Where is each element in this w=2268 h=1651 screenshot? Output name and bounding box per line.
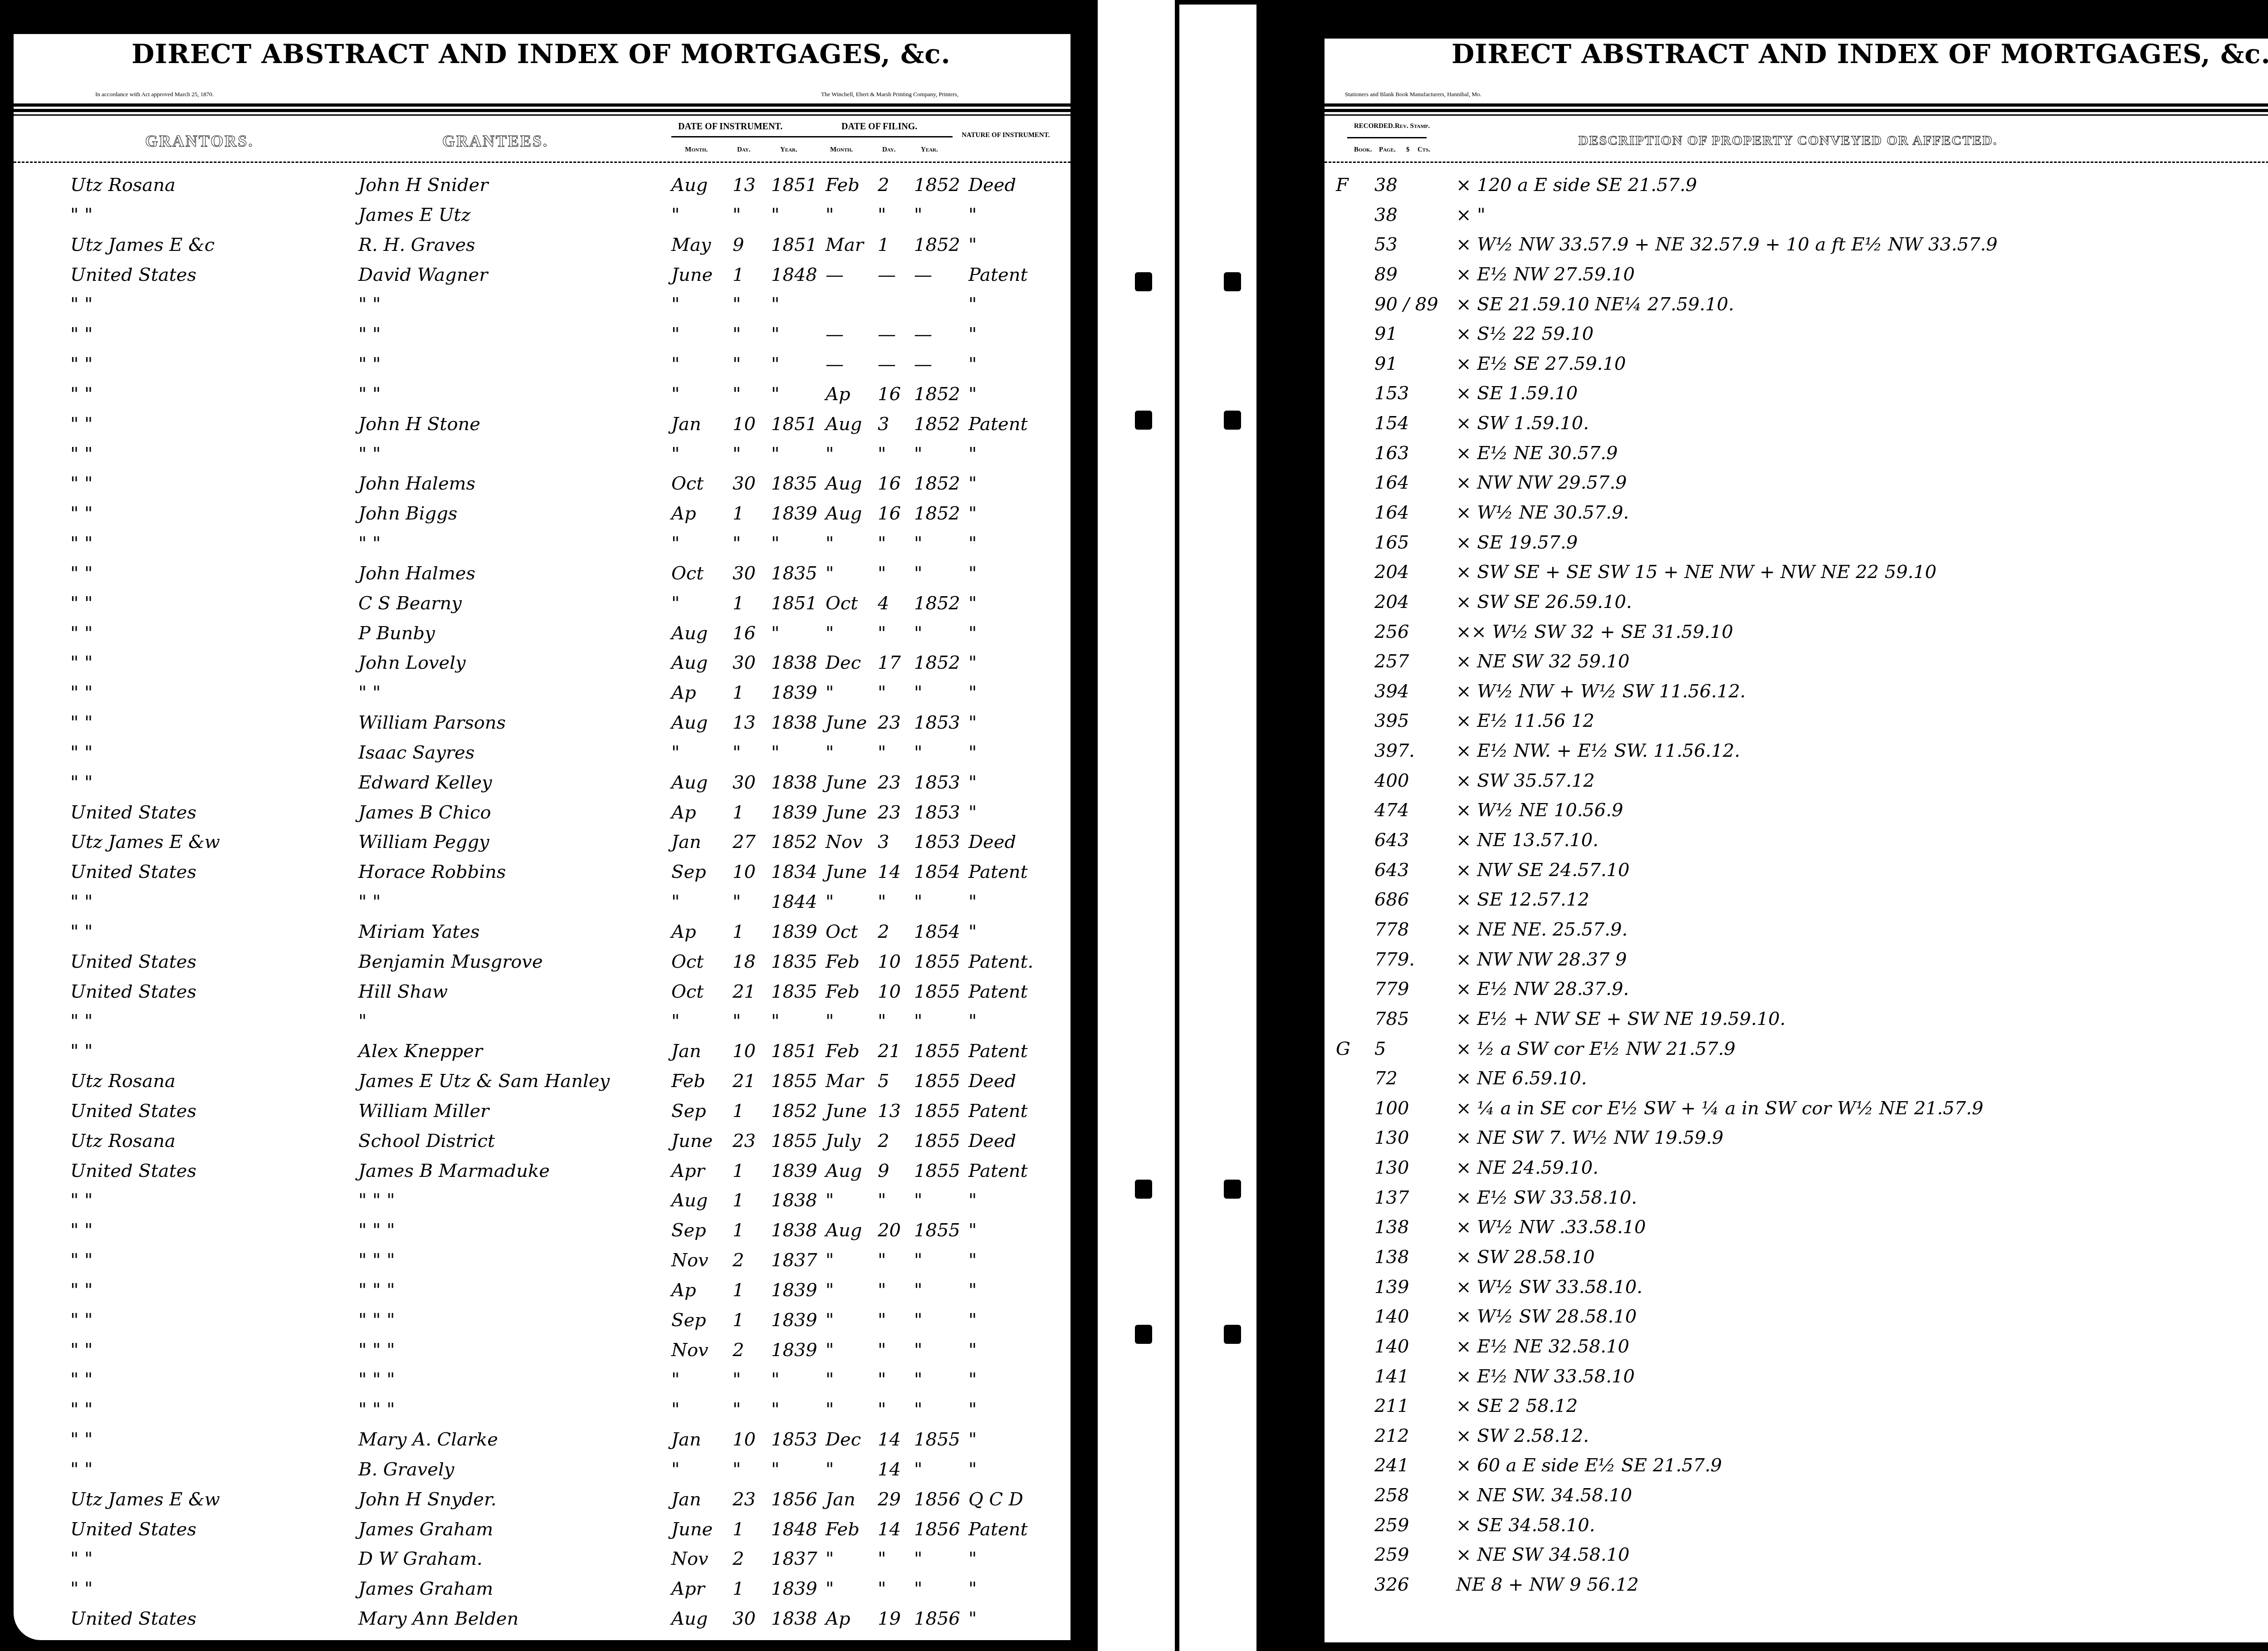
page-cell: 778: [1374, 919, 1409, 940]
description-cell: × E½ NW. + E½ SW. 11.56.12.: [1456, 740, 1740, 761]
page-cell: 89: [1374, 264, 1398, 285]
grantors-header: GRANTORS.: [145, 132, 254, 151]
page-cell: 686: [1374, 889, 1409, 910]
table-row: 474× W½ NE 10.56.9: [0, 800, 2268, 832]
description-cell: × ½ a SW cor E½ NW 21.57.9: [1456, 1039, 1735, 1059]
page-cell: 643: [1374, 860, 1409, 881]
table-row: 400× SW 35.57.12: [0, 770, 2268, 802]
description-cell: × SE 21.59.10 NE¼ 27.59.10.: [1456, 294, 1734, 315]
table-row: 138× W½ NW .33.58.10: [0, 1217, 2268, 1249]
table-row: 258× NE SW. 34.58.10: [0, 1485, 2268, 1517]
table-row: 153× SE 1.59.10: [0, 383, 2268, 415]
description-cell: × E½ SE 27.59.10: [1456, 353, 1626, 374]
table-row: 163× E½ NE 30.57.9: [0, 443, 2268, 475]
page-cell: 91: [1374, 323, 1398, 344]
table-row: 212× SW 2.58.12.: [0, 1426, 2268, 1457]
page-cell: 257: [1374, 651, 1409, 672]
page-cell: 779: [1374, 979, 1409, 999]
table-row: 241× 60 a E side E½ SE 21.57.9: [0, 1455, 2268, 1487]
page-cell: 154: [1374, 413, 1409, 434]
table-row: 779.× NW NW 28.37 9: [0, 949, 2268, 981]
page-cell: 38: [1374, 205, 1398, 225]
table-row: 204× SW SE 26.59.10.: [0, 592, 2268, 623]
page-header: Page.: [1379, 146, 1396, 154]
table-row: 778× NE NE. 25.57.9.: [0, 919, 2268, 951]
page-cell: 241: [1374, 1455, 1409, 1476]
table-row: 257× NE SW 32 59.10: [0, 651, 2268, 683]
header-rule: [1325, 103, 2268, 107]
date-of-instrument-header: DATE OF INSTRUMENT.: [678, 122, 782, 132]
table-row: 137× E½ SW 33.58.10.: [0, 1187, 2268, 1219]
description-cell: × NW NW 29.57.9: [1456, 472, 1627, 493]
description-cell: × W½ SW 28.58.10: [1456, 1306, 1637, 1327]
description-cell: × ¼ a in SE cor E½ SW + ¼ a in SW cor W½…: [1456, 1098, 1983, 1119]
table-row: 643× NW SE 24.57.10: [0, 860, 2268, 892]
table-row: 259× NE SW 34.58.10: [0, 1544, 2268, 1576]
table-row: 779× E½ NW 28.37.9.: [0, 979, 2268, 1010]
filing-day-header: Day.: [882, 146, 895, 154]
page-cell: 138: [1374, 1247, 1409, 1268]
page-cell: 400: [1374, 770, 1409, 791]
table-row: 72× NE 6.59.10.: [0, 1068, 2268, 1100]
page-cell: 394: [1374, 681, 1409, 702]
page-cell: 212: [1374, 1426, 1409, 1446]
table-row: 395× E½ 11.56 12: [0, 710, 2268, 742]
page-cell: 165: [1374, 532, 1409, 553]
page-cell: 256: [1374, 622, 1409, 642]
table-row: 139× W½ SW 33.58.10.: [0, 1277, 2268, 1308]
description-cell: × NW NW 28.37 9: [1456, 949, 1627, 970]
date-divider: [671, 136, 953, 137]
header-rule: [14, 114, 1070, 116]
page-cell: 164: [1374, 472, 1409, 493]
header-rule: [1325, 109, 2268, 112]
grantees-header: GRANTEES.: [442, 132, 548, 151]
description-cell: × W½ NE 10.56.9: [1456, 800, 1623, 821]
description-cell: × E½ 11.56 12: [1456, 710, 1594, 731]
nature-of-instrument-header: NATURE OF INSTRUMENT.: [962, 132, 1050, 139]
header-rule: [14, 103, 1070, 107]
page-cell: 53: [1374, 234, 1398, 255]
right-page-title: DIRECT ABSTRACT AND INDEX OF MORTGAGES, …: [1452, 39, 2268, 69]
table-row: 259× SE 34.58.10.: [0, 1515, 2268, 1547]
page-cell: 140: [1374, 1336, 1409, 1357]
page-cell: 130: [1374, 1157, 1409, 1178]
column-header-rule: [1325, 162, 2268, 163]
filing-year-header: Year.: [921, 146, 938, 154]
page-cell: 153: [1374, 383, 1409, 404]
filing-year-cell: 1856: [914, 1608, 960, 1629]
page-cell: 779.: [1374, 949, 1415, 970]
description-cell: × SW 2.58.12.: [1456, 1426, 1589, 1446]
page-cell: 138: [1374, 1217, 1409, 1238]
description-cell: × NE SW 7. W½ NW 19.59.9: [1456, 1127, 1723, 1148]
description-cell: ×× W½ SW 32 + SE 31.59.10: [1456, 622, 1733, 642]
description-cell: × NW SE 24.57.10: [1456, 860, 1630, 881]
inst-month-cell: Aug: [671, 1608, 708, 1629]
table-row: 394× W½ NW + W½ SW 11.56.12.: [0, 681, 2268, 713]
page-cell: 72: [1374, 1068, 1398, 1089]
table-row: 643× NE 13.57.10.: [0, 830, 2268, 862]
recorded-header: RECORDED.: [1354, 122, 1395, 130]
filing-month-header: Month.: [830, 146, 853, 154]
page-cell: 258: [1374, 1485, 1409, 1506]
table-row: 140× E½ NE 32.58.10: [0, 1336, 2268, 1368]
header-rule: [1325, 114, 2268, 116]
table-row: 130× NE 24.59.10.: [0, 1157, 2268, 1189]
nature-cell: ": [968, 1608, 977, 1629]
description-cell: × E½ NE 32.58.10: [1456, 1336, 1629, 1357]
inst-day-header: Day.: [737, 146, 750, 154]
table-row: 141× E½ NW 33.58.10: [0, 1366, 2268, 1398]
page-cell: 211: [1374, 1396, 1409, 1416]
description-cell: × E½ NW 33.58.10: [1456, 1366, 1635, 1387]
table-row: 164× W½ NE 30.57.9.: [0, 502, 2268, 534]
table-row: 204× SW SE + SE SW 15 + NE NW + NW NE 22…: [0, 562, 2268, 593]
description-cell: × W½ NW + W½ SW 11.56.12.: [1456, 681, 1746, 702]
table-row: 89× E½ NW 27.59.10: [0, 264, 2268, 296]
page-cell: 259: [1374, 1544, 1409, 1565]
page-cell: 259: [1374, 1515, 1409, 1536]
description-cell: × 60 a E side E½ SE 21.57.9: [1456, 1455, 1722, 1476]
description-cell: × NE SW 34.58.10: [1456, 1544, 1630, 1565]
description-cell: × NE 6.59.10.: [1456, 1068, 1587, 1089]
description-cell: × W½ NW 33.57.9 + NE 32.57.9 + 10 a ft E…: [1456, 234, 1998, 255]
cents-header: Cts.: [1417, 146, 1430, 154]
table-row: 140× W½ SW 28.58.10: [0, 1306, 2268, 1338]
table-row: 256×× W½ SW 32 + SE 31.59.10: [0, 622, 2268, 653]
description-cell: × S½ 22 59.10: [1456, 323, 1593, 344]
table-row: 397.× E½ NW. + E½ SW. 11.56.12.: [0, 740, 2268, 772]
page-cell: 5: [1374, 1039, 1386, 1059]
page-cell: 163: [1374, 443, 1409, 464]
page-cell: 100: [1374, 1098, 1409, 1119]
page-cell: 474: [1374, 800, 1409, 821]
book-cell: F: [1336, 175, 1349, 196]
description-cell: × E½ NW 28.37.9.: [1456, 979, 1629, 999]
table-row: 686× SE 12.57.12: [0, 889, 2268, 921]
right-imprint-stationers: Stationers and Blank Book Manufacturers,…: [1345, 91, 1481, 98]
inst-month-header: Month.: [685, 146, 708, 154]
table-row: 53× W½ NW 33.57.9 + NE 32.57.9 + 10 a ft…: [0, 234, 2268, 266]
table-row: 91× S½ 22 59.10: [0, 323, 2268, 355]
description-cell: × SW 28.58.10: [1456, 1247, 1595, 1268]
date-of-filing-header: DATE OF FILING.: [841, 122, 917, 132]
description-cell: × SW SE 26.59.10.: [1456, 592, 1632, 612]
book-header: Book.: [1354, 146, 1372, 154]
description-cell: × E½ + NW SE + SW NE 19.59.10.: [1456, 1009, 1786, 1029]
description-cell: × SE 1.59.10: [1456, 383, 1578, 404]
page-cell: 130: [1374, 1127, 1409, 1148]
description-cell: × NE SW 32 59.10: [1456, 651, 1630, 672]
table-row: 164× NW NW 29.57.9: [0, 472, 2268, 504]
table-row: 211× SE 2 58.12: [0, 1396, 2268, 1427]
inst-day-cell: 30: [733, 1608, 756, 1629]
description-cell: × 120 a E side SE 21.57.9: [1456, 175, 1697, 196]
page-cell: 395: [1374, 710, 1409, 731]
description-cell: × E½ SW 33.58.10.: [1456, 1187, 1637, 1208]
left-imprint-act: In accordance with Act approved March 25…: [95, 91, 214, 98]
description-cell: × E½ NE 30.57.9: [1456, 443, 1618, 464]
table-row: 90 / 89× SE 21.59.10 NE¼ 27.59.10.: [0, 294, 2268, 326]
table-row: United StatesMary Ann BeldenAug301838Ap1…: [0, 1608, 1089, 1640]
table-row: 130× NE SW 7. W½ NW 19.59.9: [0, 1127, 2268, 1159]
description-cell: × SE 19.57.9: [1456, 532, 1578, 553]
rev-stamp-header: Rev. Stamp.: [1395, 122, 1430, 130]
page-cell: 785: [1374, 1009, 1409, 1029]
header-rule: [14, 109, 1070, 112]
table-row: G5× ½ a SW cor E½ NW 21.57.9: [0, 1039, 2268, 1070]
description-cell: × NE NE. 25.57.9.: [1456, 919, 1628, 940]
description-cell: × SW 35.57.12: [1456, 770, 1595, 791]
book-cell: G: [1336, 1039, 1350, 1059]
grantor-cell: United States: [70, 1608, 196, 1629]
description-cell: × SE 2 58.12: [1456, 1396, 1578, 1416]
page-cell: 91: [1374, 353, 1398, 374]
table-row: 138× SW 28.58.10: [0, 1247, 2268, 1279]
page-cell: 137: [1374, 1187, 1409, 1208]
left-imprint-printer: The Winchell, Ebert & Marsh Printing Com…: [821, 91, 958, 98]
page-cell: 140: [1374, 1306, 1409, 1327]
description-cell: × SE 34.58.10.: [1456, 1515, 1595, 1536]
table-row: 38× ": [0, 205, 2268, 236]
description-cell: × W½ SW 33.58.10.: [1456, 1277, 1642, 1298]
inst-year-cell: 1838: [771, 1608, 817, 1629]
table-row: 785× E½ + NW SE + SW NE 19.59.10.: [0, 1009, 2268, 1040]
page-cell: 164: [1374, 502, 1409, 523]
description-cell: × NE 13.57.10.: [1456, 830, 1598, 851]
page-cell: 139: [1374, 1277, 1409, 1298]
dollars-header: $: [1406, 146, 1410, 154]
description-cell: × NE SW. 34.58.10: [1456, 1485, 1632, 1506]
table-row: 91× E½ SE 27.59.10: [0, 353, 2268, 385]
page-cell: 397.: [1374, 740, 1415, 761]
description-cell: × W½ NE 30.57.9.: [1456, 502, 1629, 523]
page-cell: 90 / 89: [1374, 294, 1438, 315]
page-cell: 204: [1374, 562, 1409, 583]
page-cell: 38: [1374, 175, 1398, 196]
description-cell: × NE 24.59.10.: [1456, 1157, 1598, 1178]
description-cell: × SW SE + SE SW 15 + NE NW + NW NE 22 59…: [1456, 562, 1936, 583]
inst-year-header: Year.: [780, 146, 797, 154]
description-cell: × SE 12.57.12: [1456, 889, 1589, 910]
table-row: 165× SE 19.57.9: [0, 532, 2268, 564]
table-row: 154× SW 1.59.10.: [0, 413, 2268, 445]
table-row: 326NE 8 + NW 9 56.12: [0, 1574, 2268, 1606]
description-cell: × W½ NW .33.58.10: [1456, 1217, 1646, 1238]
column-header-rule: [14, 162, 1070, 163]
page-cell: 204: [1374, 592, 1409, 612]
description-cell: × ": [1456, 205, 1486, 225]
table-row: 100× ¼ a in SE cor E½ SW + ¼ a in SW cor…: [0, 1098, 2268, 1130]
recorded-divider: [1347, 137, 1427, 138]
page-cell: 326: [1374, 1574, 1409, 1595]
description-cell: × SW 1.59.10.: [1456, 413, 1589, 434]
description-header: DESCRIPTION OF PROPERTY CONVEYED OR AFFE…: [1579, 133, 1997, 148]
left-page-title: DIRECT ABSTRACT AND INDEX OF MORTGAGES, …: [132, 39, 951, 69]
filing-month-cell: Ap: [826, 1608, 850, 1629]
page-cell: 643: [1374, 830, 1409, 851]
description-cell: × E½ NW 27.59.10: [1456, 264, 1635, 285]
description-cell: NE 8 + NW 9 56.12: [1456, 1574, 1639, 1595]
grantee-cell: Mary Ann Belden: [358, 1608, 518, 1629]
page-cell: 141: [1374, 1366, 1409, 1387]
filing-day-cell: 19: [878, 1608, 901, 1629]
table-row: F38× 120 a E side SE 21.57.9: [0, 175, 2268, 206]
